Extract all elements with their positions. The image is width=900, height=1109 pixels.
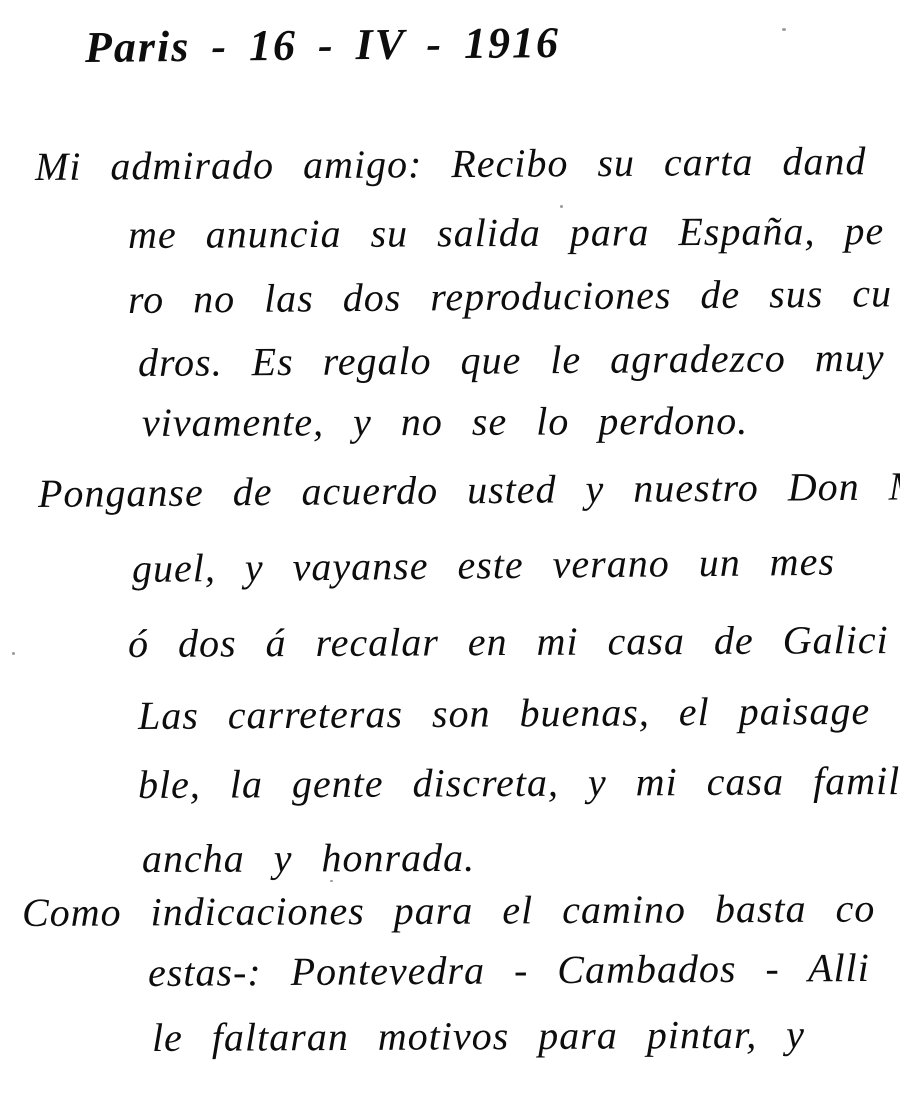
letter-line: me anuncia su salida para España, pe: [128, 207, 884, 259]
letter-line: estas-: Pontevedra - Cambados - Alli n: [148, 944, 900, 997]
scan-speckle: [12, 652, 15, 655]
letter-line: ancha y honrada.: [142, 834, 475, 883]
letter-line: ó dos á recalar en mi casa de Galici: [128, 616, 889, 668]
scan-speckle: [330, 880, 333, 882]
scan-speckle: [560, 205, 563, 208]
letter-line: Ponganse de acuerdo usted y nuestro Don …: [38, 462, 900, 518]
letter-line: dros. Es regalo que le agradezco muy: [138, 334, 885, 387]
letter-line: Como indicaciones para el camino basta c…: [22, 885, 876, 937]
scan-speckle: [782, 28, 786, 31]
letter-line: Las carreteras son buenas, el paisage no: [138, 686, 900, 740]
date-line: Paris - 16 - IV - 1916: [85, 17, 561, 75]
letter-page: Paris - 16 - IV - 1916 Mi admirado amigo…: [0, 0, 900, 1109]
letter-line: Mi admirado amigo: Recibo su carta dand: [35, 137, 867, 191]
letter-line: guel, y vayanse este verano un mes: [132, 538, 835, 593]
letter-line: ro no las dos reproduciones de sus cu: [128, 269, 892, 324]
letter-line: vivamente, y no se lo perdono.: [142, 397, 748, 447]
letter-line: le faltaran motivos para pintar, y: [152, 1011, 805, 1062]
letter-line: ble, la gente discreta, y mi casa famil: [138, 757, 900, 809]
